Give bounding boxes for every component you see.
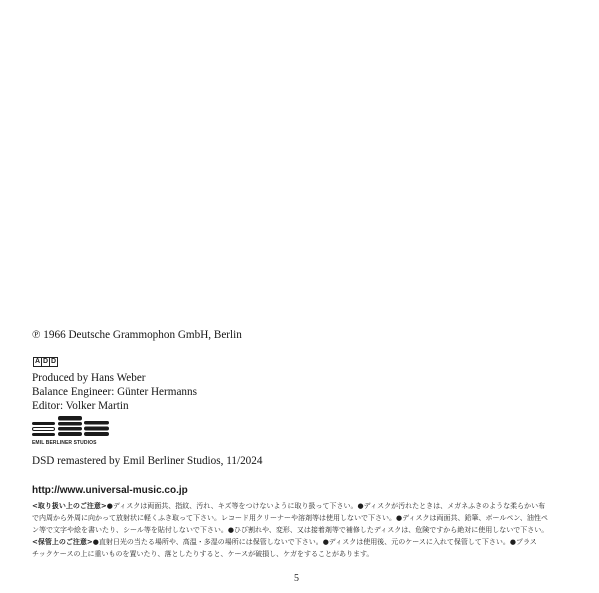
remaster-credit: DSD remastered by Emil Berliner Studios,… (32, 454, 262, 468)
logo-caption: EMIL BERLINER STUDIOS (32, 440, 97, 446)
sid-code-badge: A D D (33, 357, 57, 367)
page-number: 5 (294, 573, 299, 584)
producer-credit: Produced by Hans Weber (32, 371, 197, 385)
notes-line: <取り扱い上のご注意>●ディスクは両面共、指紋、汚れ、キズ等をつけないように取り… (32, 500, 592, 512)
notes-text: ン等で文字や絵を書いたり、シール等を貼付しないで下さい。●ひび割れや、変形、又は… (32, 526, 548, 534)
editor-credit: Editor: Volker Martin (32, 399, 197, 413)
notes-line: <保管上のご注意>●直射日光の当たる場所や、高温・多湿の場所には保管しないで下さ… (32, 536, 592, 548)
copyright-line: ℗ 1966 Deutsche Grammophon GmbH, Berlin (32, 328, 242, 342)
website-url[interactable]: http://www.universal-music.co.jp (32, 485, 188, 496)
notes-line: ン等で文字や絵を書いたり、シール等を貼付しないで下さい。●ひび割れや、変形、又は… (32, 524, 592, 536)
notes-text: チックケースの上に重いものを置いたり、落としたりすると、ケースが破損し、ケガをす… (32, 550, 373, 558)
notes-heading: <保管上のご注意> (32, 538, 93, 546)
notes-text: ●ディスクは両面共、指紋、汚れ、キズ等をつけないように取り扱って下さい。●ディス… (107, 502, 545, 510)
notes-heading: <取り扱い上のご注意> (32, 502, 107, 510)
sid-code-letter: D (49, 357, 58, 367)
notes-text: ●直射日光の当たる場所や、高温・多湿の場所には保管しないで下さい。●ディスクは使… (93, 538, 537, 546)
notes-line: チックケースの上に重いものを置いたり、落としたりすると、ケースが破損し、ケガをす… (32, 548, 592, 560)
handling-notes: <取り扱い上のご注意>●ディスクは両面共、指紋、汚れ、キズ等をつけないように取り… (32, 500, 592, 560)
balance-engineer-credit: Balance Engineer: Günter Hermanns (32, 385, 197, 399)
notes-line: で内周から外周に向かって放射状に軽くふき取って下さい。レコード用クリーナーや溶剤… (32, 512, 592, 524)
credits-block: Produced by Hans Weber Balance Engineer:… (32, 371, 197, 413)
notes-text: で内周から外周に向かって放射状に軽くふき取って下さい。レコード用クリーナーや溶剤… (32, 514, 548, 522)
